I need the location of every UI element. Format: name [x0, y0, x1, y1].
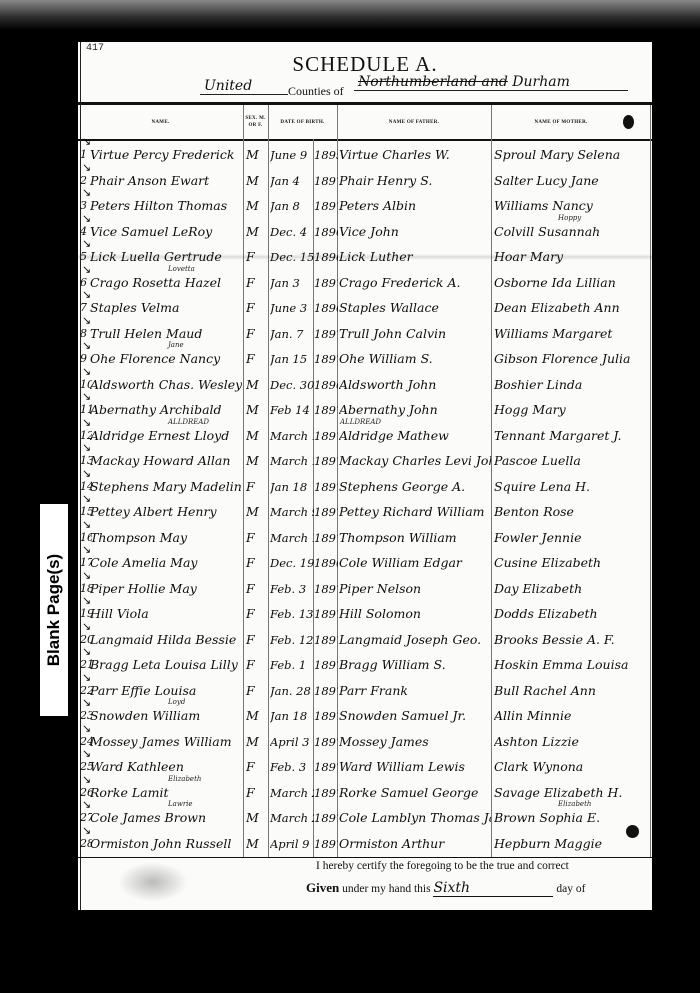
- cell-birth-year: 1897: [314, 475, 338, 499]
- cell-birth-date: Dec. 19: [270, 551, 314, 575]
- county-name-struck: Northumberland and: [358, 74, 508, 90]
- cell-birth-date: Jan 3: [270, 271, 314, 295]
- cell-mother-name: Tennant Margaret J.: [494, 424, 650, 448]
- cell-sex: M: [246, 806, 268, 830]
- cell-father-name: Staples Wallace: [339, 296, 491, 320]
- cell-sex: M: [246, 194, 268, 218]
- cell-father-name: Pettey Richard William: [339, 500, 491, 524]
- cell-mother-name: Brooks Bessie A. F.: [494, 628, 650, 652]
- table-row: ↘24Mossey James WilliamMApril 31897Mosse…: [78, 728, 652, 754]
- cell-mother-name: Dean Elizabeth Ann: [494, 296, 650, 320]
- name-annotation: Jane: [168, 341, 184, 349]
- table-row: ↘12Aldridge Ernest LloydMMarch 171897Ald…: [78, 422, 652, 448]
- cell-father-name: Cole Lamblyn Thomas James: [339, 806, 491, 830]
- table-row: ↘5Lick Luella GertrudeFDec. 151896Lick L…: [78, 243, 652, 269]
- table-row: ↘25Ward KathleenFFeb. 31897Ward William …: [78, 753, 652, 779]
- table-row: ↘28Ormiston John RussellMApril 91897Ormi…: [78, 830, 652, 856]
- cell-father-name: Aldridge Mathew: [339, 424, 491, 448]
- cell-child-name: Cole James Brown: [90, 806, 242, 830]
- given-text: under my hand this: [342, 883, 430, 895]
- cell-child-name: Mossey James William: [90, 730, 242, 754]
- cell-child-name: Vice Samuel LeRoy: [90, 220, 242, 244]
- cell-birth-year: 1897: [314, 449, 338, 473]
- cell-birth-year: 1897: [314, 194, 338, 218]
- given-label: Given: [306, 880, 339, 895]
- cell-father-name: Virtue Charles W.: [339, 143, 491, 167]
- cell-birth-year: 1897: [314, 424, 338, 448]
- cell-child-name: Stephens Mary Madeline: [90, 475, 242, 499]
- table-row: ↘1Virtue Percy FrederickMJune 91895Virtu…: [78, 141, 652, 167]
- name-annotation: Loyd: [168, 698, 185, 706]
- table-row: ↘22Parr Effie LouisaFJan. 281897Parr Fra…: [78, 677, 652, 703]
- cell-father-name: Cole William Edgar: [339, 551, 491, 575]
- cell-birth-year: 1896: [314, 296, 338, 320]
- cell-father-name: Ormiston Arthur: [339, 832, 491, 856]
- cell-father-name: Lick Luther: [339, 245, 491, 269]
- cell-birth-year: 1897: [314, 577, 338, 601]
- cell-father-name: Piper Nelson: [339, 577, 491, 601]
- cell-birth-date: March 17: [270, 424, 314, 448]
- table-row: ↘9Ohe Florence NancyFJan 151897Ohe Willi…: [78, 345, 652, 371]
- cell-child-name: Piper Hollie May: [90, 577, 242, 601]
- cell-birth-year: 1897: [314, 500, 338, 524]
- cell-child-name: Ormiston John Russell: [90, 832, 242, 856]
- cell-birth-year: 1897: [314, 628, 338, 652]
- cell-sex: M: [246, 169, 268, 193]
- cell-birth-year: 1895: [314, 143, 338, 167]
- county-name: Northumberland and Durham: [354, 74, 628, 91]
- cell-birth-date: March 18: [270, 449, 314, 473]
- cell-child-name: Rorke Lamit: [90, 781, 242, 805]
- cell-mother-name: Dodds Elizabeth: [494, 602, 650, 626]
- table-row: ↘20Langmaid Hilda BessieFFeb. 121897Lang…: [78, 626, 652, 652]
- smudge: [118, 862, 188, 902]
- cell-mother-name: Osborne Ida Lillian: [494, 271, 650, 295]
- cell-mother-name: Gibson Florence Julia: [494, 347, 650, 371]
- cell-child-name: Crago Rosetta Hazel: [90, 271, 242, 295]
- cell-child-name: Staples Velma: [90, 296, 242, 320]
- cell-birth-date: June 3: [270, 296, 314, 320]
- cell-father-name: Hill Solomon: [339, 602, 491, 626]
- cell-sex: F: [246, 526, 268, 550]
- cell-birth-year: 1896: [314, 551, 338, 575]
- cell-father-name: Parr Frank: [339, 679, 491, 703]
- cell-mother-name: Fowler Jennie: [494, 526, 650, 550]
- cell-sex: F: [246, 322, 268, 346]
- cell-birth-date: April 3: [270, 730, 314, 754]
- schedule-page: 417 SCHEDULE A. United Counties of North…: [78, 42, 652, 910]
- cell-mother-name: Hogg Mary: [494, 398, 650, 422]
- cell-birth-year: 1897: [314, 806, 338, 830]
- cell-sex: F: [246, 475, 268, 499]
- table-row: ↘27Cole James BrownMMarch 261897Cole Lam…: [78, 804, 652, 830]
- county-prefix: United: [200, 78, 288, 95]
- name-annotation: Elizabeth: [168, 775, 201, 783]
- cell-sex: M: [246, 704, 268, 728]
- cell-mother-name: Benton Rose: [494, 500, 650, 524]
- cell-father-name: Bragg William S.: [339, 653, 491, 677]
- cell-birth-date: Feb. 3: [270, 577, 314, 601]
- cell-father-name: Snowden Samuel Jr.: [339, 704, 491, 728]
- cell-birth-date: Jan. 7: [270, 322, 314, 346]
- table-row: ↘21Bragg Leta Louisa LillyFFeb. 11897Bra…: [78, 651, 652, 677]
- cell-child-name: Snowden William: [90, 704, 242, 728]
- cell-birth-year: 1897: [314, 271, 338, 295]
- cell-birth-date: Feb. 1: [270, 653, 314, 677]
- name-annotation: ALLDREAD: [168, 418, 209, 426]
- table-row: ↘10Aldsworth Chas. WesleyMDec. 301896Ald…: [78, 371, 652, 397]
- cell-sex: F: [246, 245, 268, 269]
- cell-birth-date: Feb 14: [270, 398, 314, 422]
- cell-child-name: Peters Hilton Thomas: [90, 194, 242, 218]
- cell-mother-name: Allin Minnie: [494, 704, 650, 728]
- cell-birth-date: Dec. 30: [270, 373, 314, 397]
- table-header: Name. Sex. M. or F. Date of Birth. Name …: [78, 105, 652, 141]
- cell-sex: F: [246, 551, 268, 575]
- cell-sex: M: [246, 373, 268, 397]
- cell-mother-name: Ashton Lizzie: [494, 730, 650, 754]
- cell-birth-date: April 9: [270, 832, 314, 856]
- cell-birth-year: 1897: [314, 398, 338, 422]
- cell-sex: M: [246, 500, 268, 524]
- cell-mother-name: Hoar Mary: [494, 245, 650, 269]
- cell-father-name: Mossey James: [339, 730, 491, 754]
- cell-father-name: Trull John Calvin: [339, 322, 491, 346]
- cell-sex: F: [246, 271, 268, 295]
- cell-mother-name: Sproul Mary Selena: [494, 143, 650, 167]
- cell-father-name: Ward William Lewis: [339, 755, 491, 779]
- col-header-name: Name.: [78, 105, 243, 139]
- cell-child-name: Bragg Leta Louisa Lilly: [90, 653, 242, 677]
- cell-father-name: Thompson William: [339, 526, 491, 550]
- cell-mother-name: Colvill Susannah: [494, 220, 650, 244]
- cell-father-name: Mackay Charles Levi John: [339, 449, 491, 473]
- cell-sex: F: [246, 347, 268, 371]
- cell-birth-date: June 9: [270, 143, 314, 167]
- cell-birth-year: 1897: [314, 653, 338, 677]
- cell-sex: M: [246, 220, 268, 244]
- blank-pages-label: Blank Page(s): [44, 554, 64, 666]
- cell-mother-name: Bull Rachel Ann: [494, 679, 650, 703]
- cell-child-name: Pettey Albert Henry: [90, 500, 242, 524]
- table-row: ↘18Piper Hollie MayFFeb. 31897Piper Nels…: [78, 575, 652, 601]
- cell-birth-date: Feb. 13: [270, 602, 314, 626]
- cell-father-name: Aldsworth John: [339, 373, 491, 397]
- cell-birth-date: Jan. 28: [270, 679, 314, 703]
- cell-child-name: Aldridge Ernest Lloyd: [90, 424, 242, 448]
- cell-child-name: Hill Viola: [90, 602, 242, 626]
- cell-sex: M: [246, 449, 268, 473]
- punch-hole-mark: [623, 115, 634, 129]
- cell-birth-date: Jan 15: [270, 347, 314, 371]
- cell-sex: F: [246, 296, 268, 320]
- cell-birth-date: March 20: [270, 781, 314, 805]
- certify-statement: I hereby certify the foregoing to be the…: [316, 860, 569, 872]
- cell-child-name: Phair Anson Ewart: [90, 169, 242, 193]
- cell-sex: F: [246, 628, 268, 652]
- cell-birth-year: 1897: [314, 679, 338, 703]
- mother-annotation: Hoppy: [558, 214, 581, 222]
- col-header-father: Name of Father.: [337, 105, 491, 139]
- cell-birth-year: 1896: [314, 245, 338, 269]
- cell-child-name: Parr Effie Louisa: [90, 679, 242, 703]
- cell-mother-name: Clark Wynona: [494, 755, 650, 779]
- father-annotation: ALLDREAD: [340, 418, 381, 426]
- cell-birth-date: Jan 18: [270, 704, 314, 728]
- col-header-sex: Sex. M. or F.: [243, 105, 268, 139]
- cell-sex: F: [246, 755, 268, 779]
- cell-sex: M: [246, 730, 268, 754]
- cell-child-name: Trull Helen Maud: [90, 322, 242, 346]
- given-day: Sixth: [433, 880, 553, 897]
- cell-mother-name: Williams Margaret: [494, 322, 650, 346]
- cell-child-name: Thompson May: [90, 526, 242, 550]
- cell-birth-date: Dec. 15: [270, 245, 314, 269]
- cell-sex: F: [246, 577, 268, 601]
- cell-mother-name: Hoskin Emma Louisa: [494, 653, 650, 677]
- cell-father-name: Phair Henry S.: [339, 169, 491, 193]
- cell-birth-year: 1897: [314, 322, 338, 346]
- cell-sex: F: [246, 781, 268, 805]
- cell-birth-year: 1897: [314, 832, 338, 856]
- cell-mother-name: Day Elizabeth: [494, 577, 650, 601]
- table-row: ↘23Snowden WilliamMJan 181897Snowden Sam…: [78, 702, 652, 728]
- county-name-value: Durham: [512, 74, 570, 90]
- cell-father-name: Langmaid Joseph Geo.: [339, 628, 491, 652]
- cell-father-name: Peters Albin: [339, 194, 491, 218]
- cell-sex: M: [246, 143, 268, 167]
- cell-sex: M: [246, 398, 268, 422]
- blank-pages-tab[interactable]: Blank Page(s): [38, 502, 70, 718]
- county-line: United Counties of Northumberland and Du…: [108, 78, 622, 102]
- cell-birth-date: Jan 4: [270, 169, 314, 193]
- cell-child-name: Lick Luella Gertrude: [90, 245, 242, 269]
- table-row: ↘8Trull Helen MaudFJan. 71897Trull John …: [78, 320, 652, 346]
- cell-sex: M: [246, 832, 268, 856]
- cell-mother-name: Salter Lucy Jane: [494, 169, 650, 193]
- cell-birth-year: 1897: [314, 169, 338, 193]
- cell-child-name: Ohe Florence Nancy: [90, 347, 242, 371]
- cell-birth-date: Feb. 12: [270, 628, 314, 652]
- cell-birth-date: Dec. 4: [270, 220, 314, 244]
- cell-mother-name: Pascoe Luella: [494, 449, 650, 473]
- cell-birth-date: March 10: [270, 526, 314, 550]
- cell-birth-year: 1897: [314, 526, 338, 550]
- table-row: ↘15Pettey Albert HenryMMarch 91897Pettey…: [78, 498, 652, 524]
- given-line: Given under my hand this Sixth day of: [306, 880, 585, 897]
- cell-father-name: Rorke Samuel George: [339, 781, 491, 805]
- cell-birth-year: 1897: [314, 730, 338, 754]
- cell-birth-year: 1897: [314, 704, 338, 728]
- cell-child-name: Mackay Howard Allan: [90, 449, 242, 473]
- table-row: ↘19Hill ViolaFFeb. 131897Hill SolomonDod…: [78, 600, 652, 626]
- cell-mother-name: Boshier Linda: [494, 373, 650, 397]
- cell-father-name: Vice John: [339, 220, 491, 244]
- cell-birth-date: March 9: [270, 500, 314, 524]
- cell-birth-year: 1897: [314, 347, 338, 371]
- cell-child-name: Ward Kathleen: [90, 755, 242, 779]
- day-of-label: day of: [556, 883, 585, 895]
- cell-birth-date: March 26: [270, 806, 314, 830]
- cell-sex: F: [246, 679, 268, 703]
- cell-child-name: Cole Amelia May: [90, 551, 242, 575]
- table-bottom-rule: [78, 857, 652, 858]
- cell-birth-year: 1897: [314, 781, 338, 805]
- mother-annotation: Elizabeth: [558, 800, 591, 808]
- cell-father-name: Stephens George A.: [339, 475, 491, 499]
- counties-label: Counties of: [288, 84, 344, 99]
- col-header-date: Date of Birth.: [268, 105, 337, 139]
- col-header-mother: Name of Mother.: [491, 105, 631, 139]
- cell-birth-year: 1897: [314, 755, 338, 779]
- cell-father-name: Crago Frederick A.: [339, 271, 491, 295]
- scan-top-edge: [0, 0, 700, 30]
- cell-child-name: Langmaid Hilda Bessie: [90, 628, 242, 652]
- cell-father-name: Ohe William S.: [339, 347, 491, 371]
- cell-child-name: Abernathy Archibald: [90, 398, 242, 422]
- cell-sex: F: [246, 602, 268, 626]
- table-row: ↘17Cole Amelia MayFDec. 191896Cole Willi…: [78, 549, 652, 575]
- table-row: ↘7Staples VelmaFJune 31896Staples Wallac…: [78, 294, 652, 320]
- cell-birth-year: 1897: [314, 602, 338, 626]
- cell-birth-date: Jan 8: [270, 194, 314, 218]
- table-row: ↘4Vice Samuel LeRoyMDec. 41896Vice JohnC…: [78, 218, 652, 244]
- cell-sex: F: [246, 653, 268, 677]
- table-row: ↘2Phair Anson EwartMJan 41897Phair Henry…: [78, 167, 652, 193]
- cell-child-name: Aldsworth Chas. Wesley: [90, 373, 242, 397]
- ink-blot: [626, 825, 639, 838]
- table-row: ↘6Crago Rosetta HazelFJan 31897Crago Fre…: [78, 269, 652, 295]
- table-row: ↘16Thompson MayFMarch 101897Thompson Wil…: [78, 524, 652, 550]
- name-annotation: Lovetta: [168, 265, 195, 273]
- cell-child-name: Virtue Percy Frederick: [90, 143, 242, 167]
- cell-sex: M: [246, 424, 268, 448]
- cell-birth-date: Jan 18: [270, 475, 314, 499]
- table-row: ↘13Mackay Howard AllanMMarch 181897Macka…: [78, 447, 652, 473]
- cell-birth-year: 1896: [314, 373, 338, 397]
- cell-birth-year: 1896: [314, 220, 338, 244]
- cell-mother-name: Cusine Elizabeth: [494, 551, 650, 575]
- table-row: ↘14Stephens Mary MadelineFJan 181897Step…: [78, 473, 652, 499]
- cell-mother-name: Squire Lena H.: [494, 475, 650, 499]
- name-annotation: Lawrie: [168, 800, 193, 808]
- cell-birth-date: Feb. 3: [270, 755, 314, 779]
